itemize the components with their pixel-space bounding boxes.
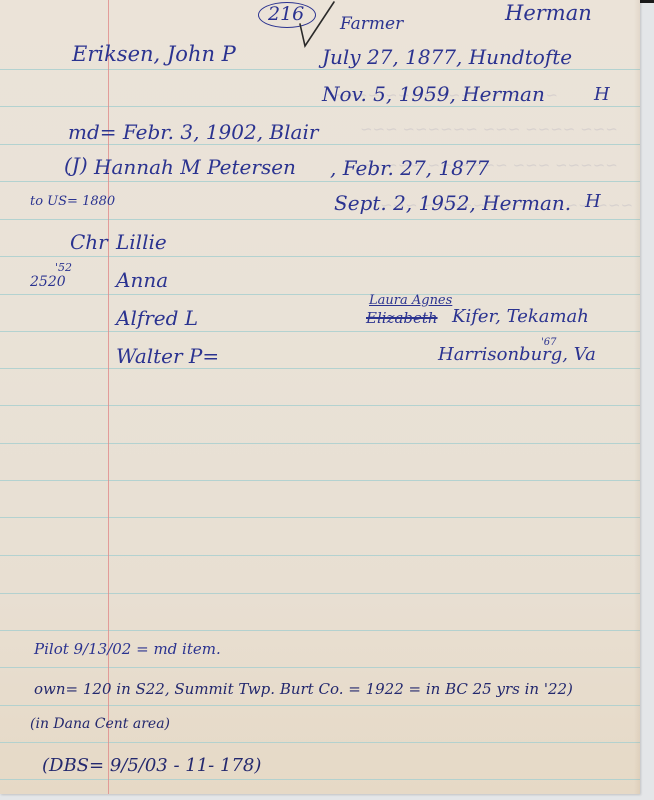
child-name: Lillie — [116, 232, 167, 252]
rule-line — [0, 69, 640, 70]
rule-line — [0, 368, 640, 369]
note-line: (in Dana Cent area) — [30, 717, 170, 731]
rule-line — [0, 705, 640, 706]
children-side-note-sup: '52 — [55, 262, 72, 273]
rule-line — [0, 742, 640, 743]
child-name: Alfred L — [116, 308, 198, 328]
child-note-struck: Elizabeth — [366, 311, 438, 326]
check-mark-icon — [296, 0, 336, 50]
spouse-name: Hannah M Petersen — [94, 157, 296, 177]
children-side-note: 2520 — [30, 275, 66, 289]
rule-line — [0, 405, 640, 406]
rule-line — [0, 555, 640, 556]
marriage-line: md= Febr. 3, 1902, Blair — [68, 122, 318, 142]
rule-line — [0, 106, 640, 107]
children-label: Chr — [70, 232, 108, 252]
spouse-death: Sept. 2, 1952, Herman. — [334, 193, 571, 213]
child-note: Kifer, Tekamah — [452, 308, 589, 326]
rule-line — [0, 517, 640, 518]
rule-line — [0, 256, 640, 257]
spouse-prefix: (J) — [64, 155, 88, 175]
rule-line — [0, 443, 640, 444]
rule-line — [0, 181, 640, 182]
ruled-paper-card: ~~~~ ~~ ~~~~~~~ ~~~~ ~~~ ~~~~ ~~~ ~~~~~~… — [0, 0, 640, 794]
subject-death: Nov. 5, 1959, Herman — [322, 84, 545, 104]
subject-name: Eriksen, John P — [72, 44, 236, 65]
spouse-death-marker: H — [585, 193, 601, 211]
rule-line — [0, 779, 640, 780]
scan-edge — [640, 0, 654, 3]
rule-line — [0, 219, 640, 220]
rule-line — [0, 593, 640, 594]
child-name: Walter P= — [116, 346, 219, 366]
occupation: Farmer — [340, 16, 403, 33]
note-line: (DBS= 9/5/03 - 11- 178) — [42, 757, 261, 775]
child-note-sup: '67 — [541, 338, 556, 348]
township: Herman — [505, 3, 592, 24]
rule-line — [0, 331, 640, 332]
rule-line — [0, 480, 640, 481]
note-line: own= 120 in S22, Summit Twp. Burt Co. = … — [34, 682, 573, 697]
bleed-through-text: ~~~ ~~~~ ~~~ ~~~~~~ ~~~ — [360, 120, 618, 138]
rule-line — [0, 294, 640, 295]
subject-birth: July 27, 1877, Hundtofte — [322, 47, 572, 67]
rule-line — [0, 630, 640, 631]
child-note: Harrisonburg, Va — [438, 346, 596, 364]
child-note-insert: Laura Agnes — [369, 294, 452, 307]
rule-line — [0, 144, 640, 145]
note-line: Pilot 9/13/02 = md item. — [34, 642, 221, 657]
subject-death-marker: H — [594, 86, 610, 104]
child-name: Anna — [116, 270, 168, 290]
rule-line — [0, 667, 640, 668]
spouse-birth: , Febr. 27, 1877 — [330, 158, 489, 178]
spouse-immigration: to US= 1880 — [30, 195, 115, 208]
